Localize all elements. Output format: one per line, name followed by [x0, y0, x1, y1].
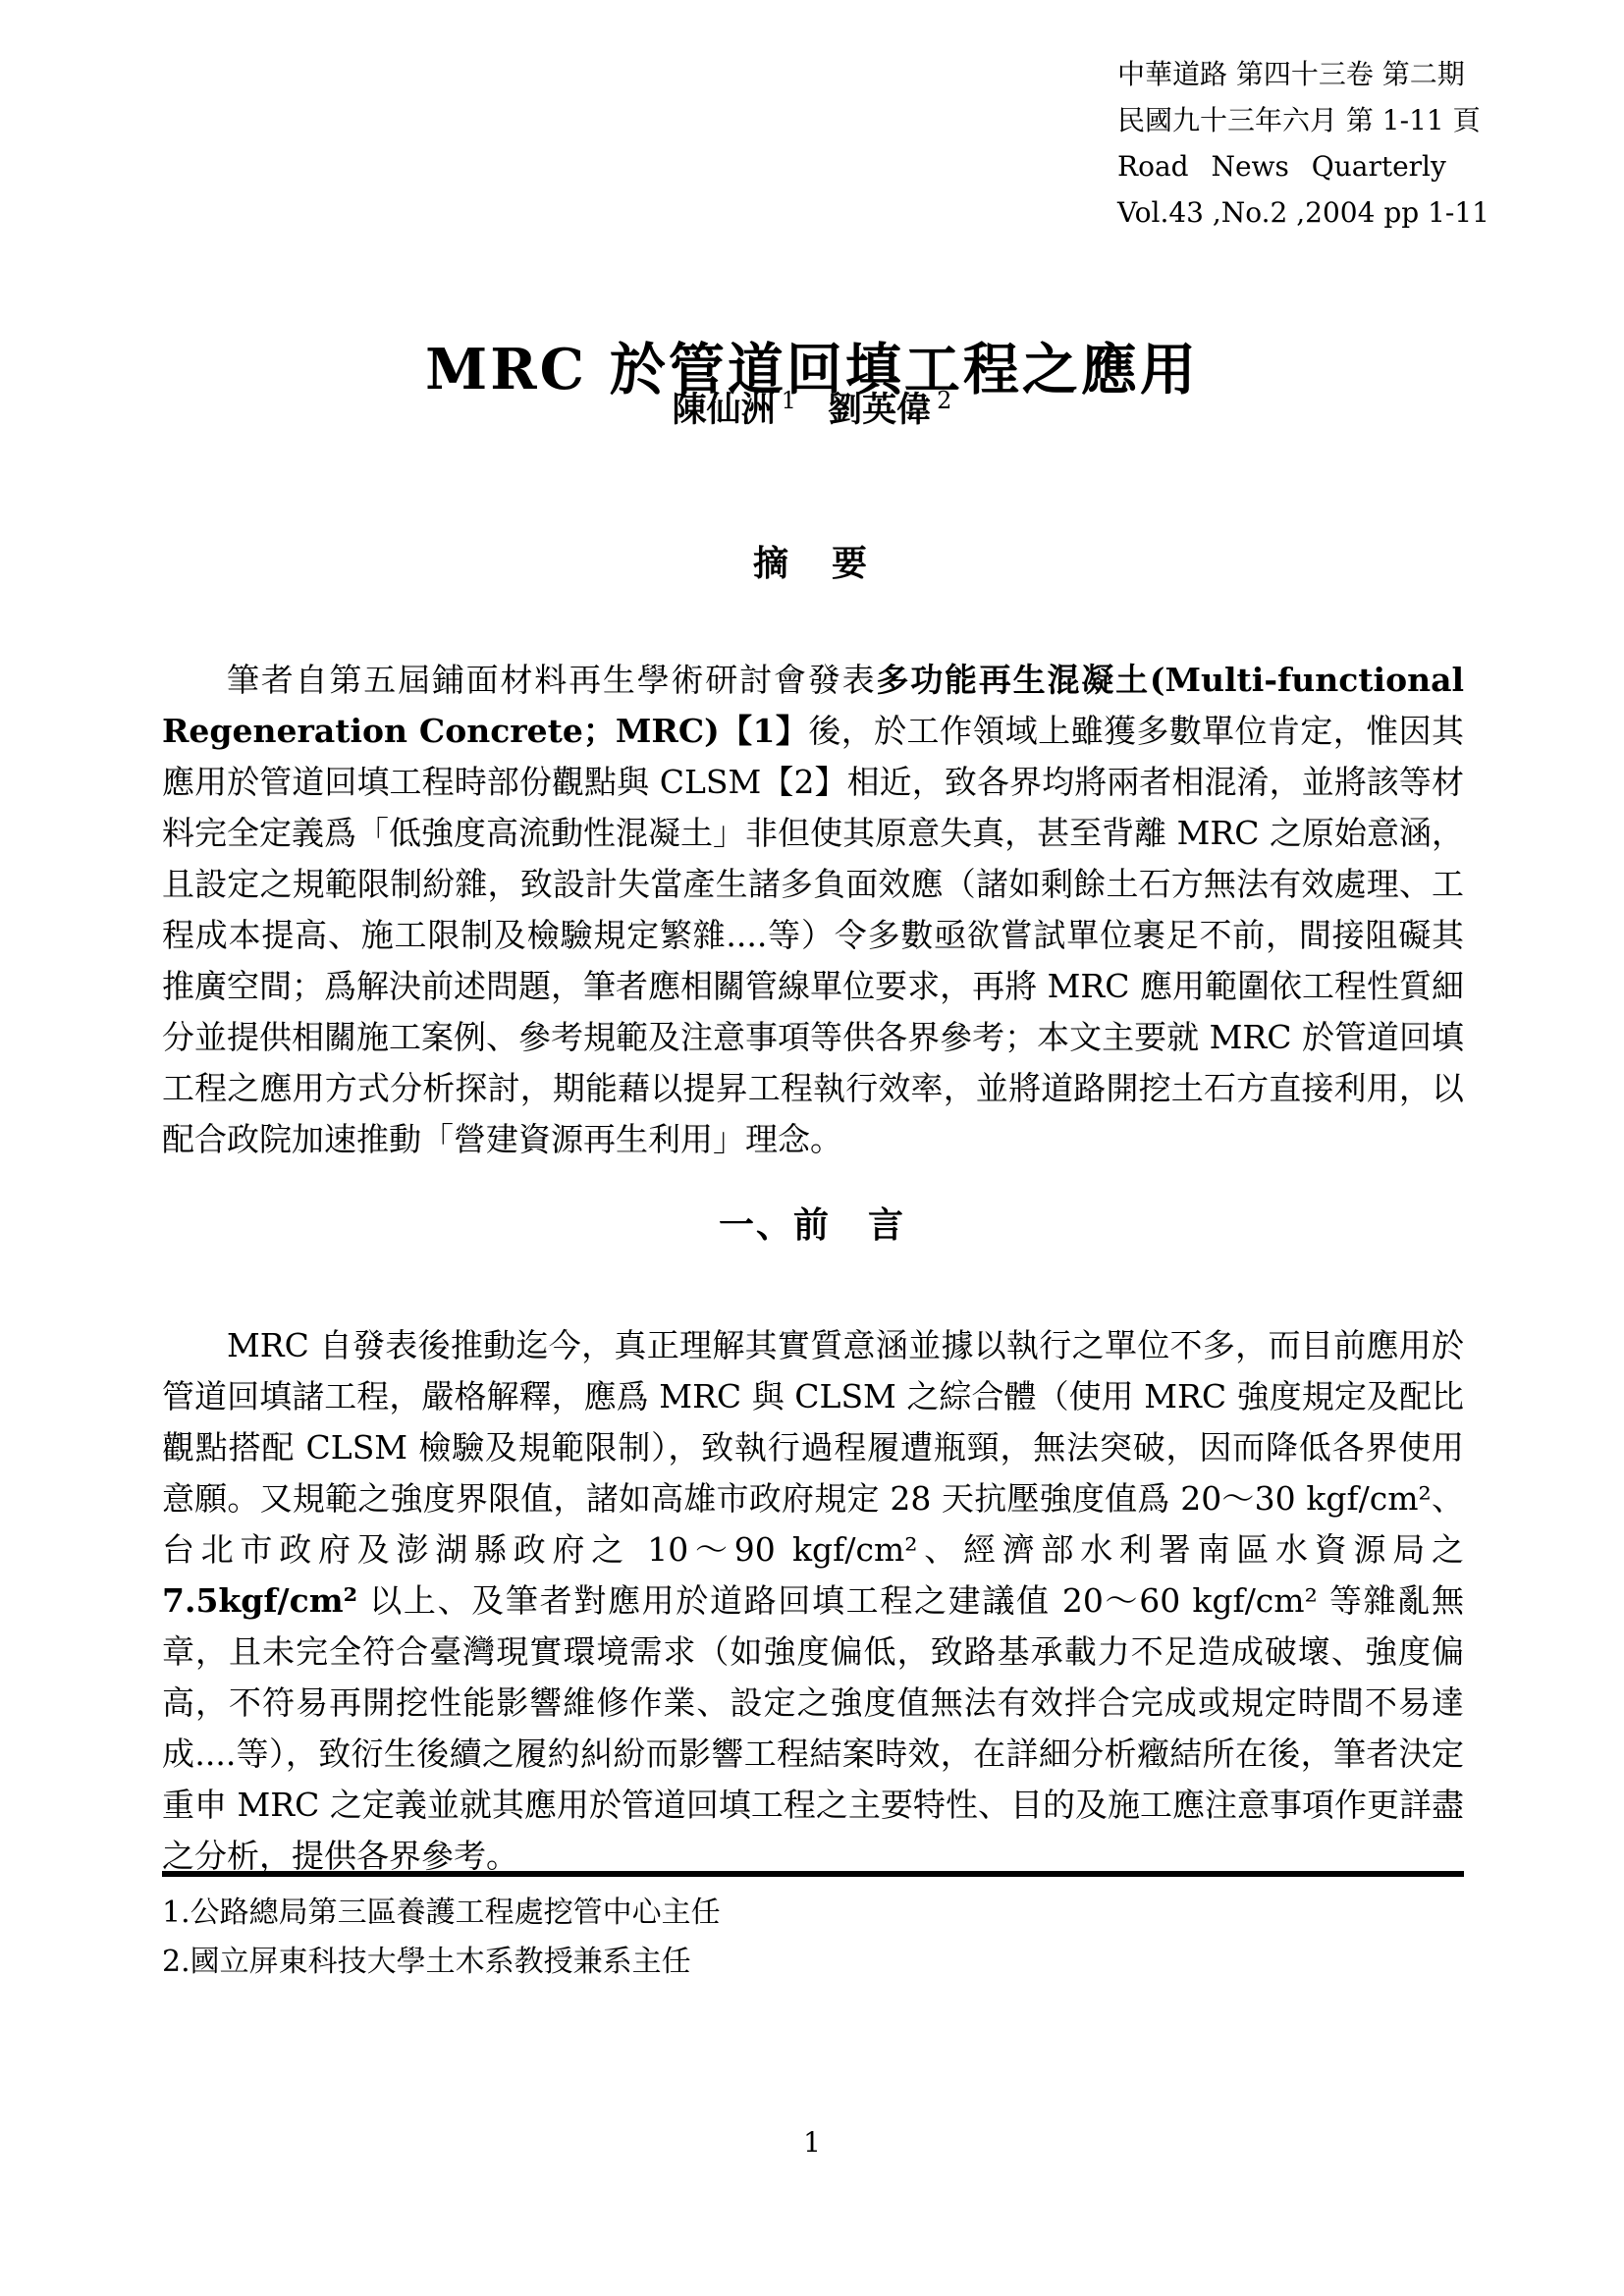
abstract-paragraph: 筆者自第五屆鋪面材料再生學術研討會發表多功能再生混凝土(Multi-functi… [162, 655, 1464, 1165]
footnote-item: 1.公路總局第三區養護工程處挖管中心主任 [162, 1889, 1464, 1938]
page-number: 1 [0, 2126, 1624, 2159]
author-name-text: 劉英偉 [828, 390, 931, 430]
journal-volume-english: Vol.43 ,No.2 ,2004 pp 1-11 [1117, 189, 1489, 236]
text-segment: 後，於工作領域上雖獲多數單位肯定，惟因其應用於管道回填工程時部份觀點與 CLSM… [162, 712, 1464, 1158]
text-segment: 7.5kgf/cm² [162, 1581, 357, 1620]
footnote-item: 2.國立屏東科技大學土木系教授兼系主任 [162, 1938, 1464, 1987]
author-name-text: 陳仙洲 [673, 390, 776, 430]
text-segment: 以上、及筆者對應用於道路回填工程之建議值 20～60 kgf/cm² 等雜亂無章… [162, 1581, 1464, 1875]
text-segment: 筆者自第五屆鋪面材料再生學術研討會發表 [227, 661, 876, 699]
section-heading-introduction: 一、前 言 [0, 1198, 1624, 1248]
author-line: 陳仙洲1 劉英偉2 [0, 383, 1624, 432]
journal-header: 中華道路 第四十三卷 第二期 民國九十三年六月 第 1-11 頁 Road Ne… [1117, 51, 1489, 236]
author-footnote-ref: 2 [937, 387, 951, 414]
author-name: 劉英偉2 [828, 390, 951, 430]
journal-date-pages: 民國九十三年六月 第 1-11 頁 [1117, 97, 1489, 143]
author-footnote-ref: 1 [782, 387, 796, 414]
introduction-paragraph: MRC 自發表後推動迄今，真正理解其實質意涵並據以執行之單位不多，而目前應用於管… [162, 1320, 1464, 1882]
document-page: 中華道路 第四十三卷 第二期 民國九十三年六月 第 1-11 頁 Road Ne… [0, 0, 1624, 2296]
author-name: 陳仙洲1 [673, 390, 796, 430]
text-segment: MRC 自發表後推動迄今，真正理解其實質意涵並據以執行之單位不多，而目前應用於管… [162, 1326, 1464, 1569]
footnotes: 1.公路總局第三區養護工程處挖管中心主任 2.國立屏東科技大學土木系教授兼系主任 [162, 1889, 1464, 1987]
footnote-divider [162, 1871, 1464, 1877]
journal-name-volume: 中華道路 第四十三卷 第二期 [1117, 51, 1489, 97]
journal-name-english: Road News Quarterly [1117, 143, 1489, 189]
abstract-heading: 摘 要 [0, 536, 1624, 586]
